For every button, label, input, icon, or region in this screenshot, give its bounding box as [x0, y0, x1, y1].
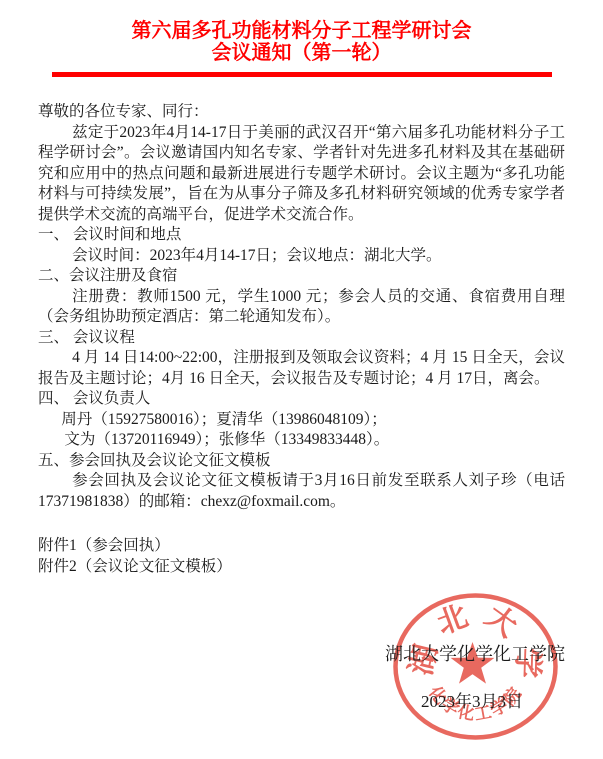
- section-1-heading: 一、 会议时间和地点: [38, 225, 565, 246]
- section-2-heading: 二、会议注册及食宿: [38, 266, 565, 287]
- title-divider-rule: [52, 72, 552, 77]
- section-2-body: 注册费：教师1500 元，学生1000 元；参会人员的交通、食宿费用自理（会务组…: [38, 287, 565, 328]
- signature-organization: 湖北大学化学化工学院: [385, 640, 565, 666]
- signature-date: 2023年3月3日: [421, 687, 523, 712]
- section-4-heading: 四、 会议负责人: [38, 389, 565, 410]
- attachment-1: 附件1（参会回执）: [38, 536, 565, 557]
- section-5-heading: 五、参会回执及会议论文征文模板: [38, 451, 565, 472]
- section-3-heading: 三、 会议议程: [38, 328, 565, 349]
- section-3-body: 4 月 14 日14:00~22:00，注册报到及领取会议资料；4 月 15 日…: [38, 348, 565, 389]
- document-page: 第六届多孔功能材料分子工程学研讨会 会议通知（第一轮） 尊敬的各位专家、同行： …: [0, 0, 603, 759]
- document-body: 尊敬的各位专家、同行： 兹定于2023年4月14-17日于美丽的武汉召开“第六届…: [38, 102, 565, 577]
- intro-paragraph: 兹定于2023年4月14-17日于美丽的武汉召开“第六届多孔功能材料分子工程学研…: [38, 123, 565, 226]
- official-seal-stamp: 湖北大学 化学化工学院: [391, 592, 561, 744]
- attachment-2: 附件2（会议论文征文模板）: [38, 557, 565, 578]
- document-title: 第六届多孔功能材料分子工程学研讨会 会议通知（第一轮）: [0, 0, 603, 64]
- contact-line-1: 周丹（15927580016）；夏清华（13986048109）；: [38, 410, 565, 431]
- section-5-body: 参会回执及会议论文征文模板请于3月16日前发至联系人刘子珍（电话17371981…: [38, 471, 565, 512]
- section-1-body: 会议时间：2023年4月14-17日；会议地点：湖北大学。: [38, 246, 565, 267]
- salutation: 尊敬的各位专家、同行：: [38, 102, 565, 123]
- contact-line-2: 文为（13720116949）；张修华（13349833448）。: [38, 430, 565, 451]
- title-line1: 第六届多孔功能材料分子工程学研讨会: [0, 20, 603, 42]
- title-line2: 会议通知（第一轮）: [0, 42, 603, 64]
